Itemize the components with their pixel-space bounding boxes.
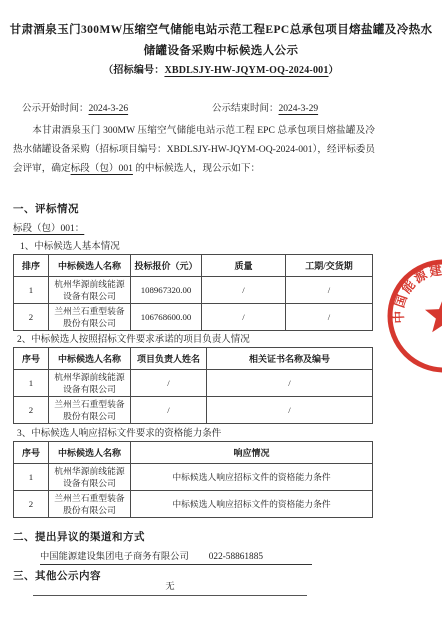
tender-number-line: （招标编号：XBDLSJY-HW-JQYM-OQ-2024-001）: [0, 61, 442, 76]
table1-row-2: 2 兰州兰石重型装备股份有限公司 106768600.00 / /: [14, 304, 373, 331]
objection-phone-number: 022-58861885: [209, 552, 263, 562]
document-title-line2: 储罐设备采购中标候选人公示: [0, 42, 442, 58]
table2-header-candidate: 中标候选人名称: [49, 348, 131, 370]
objection-contact-underline: 中国能源建设集团电子商务有限公司022-58861885: [40, 548, 312, 565]
company-seal: 中国能源建设集团: [374, 246, 442, 386]
other-content-value: 无: [33, 578, 307, 596]
table3-r1-response: 中标候选人响应招标文件的资格能力条件: [131, 464, 373, 491]
table2-caption: 2、中标候选人按照招标文件要求承诺的项目负责人情况: [17, 331, 250, 345]
table1-header-quality: 质量: [202, 255, 286, 277]
table2-header-manager: 项目负责人姓名: [131, 348, 207, 370]
table3-row-2: 2 兰州兰石重型装备股份有限公司 中标候选人响应招标文件的资格能力条件: [14, 491, 373, 518]
table1-header-price: 投标报价（元）: [131, 255, 202, 277]
table1-r1-delivery: /: [286, 277, 373, 304]
table3-header-response: 响应情况: [131, 442, 373, 464]
table1-r1-price: 108967320.00: [131, 277, 202, 304]
table2-header-no: 序号: [14, 348, 49, 370]
intro-lot-underlined: 标段（包）001: [71, 163, 133, 174]
publicity-end-date: 2024-3-29: [279, 104, 319, 114]
table3-header-candidate: 中标候选人名称: [49, 442, 131, 464]
table2-r1-certificate: /: [207, 370, 373, 397]
table1-row-1: 1 杭州华源前线能源设备有限公司 108967320.00 / /: [14, 277, 373, 304]
table3-r2-no: 2: [14, 491, 49, 518]
intro-paragraph: 本甘肃酒泉玉门 300MW 压缩空气储能电站示范工程 EPC 总承包项目熔盐罐及…: [13, 121, 375, 178]
table3-r2-candidate: 兰州兰石重型装备股份有限公司: [49, 491, 131, 518]
table2-r1-no: 1: [14, 370, 49, 397]
table2-r2-manager: /: [131, 397, 207, 424]
table3-qualification-response: 序号 中标候选人名称 响应情况 1 杭州华源前线能源设备有限公司 中标候选人响应…: [13, 441, 373, 518]
section1-lot-label: 标段（包）001：: [13, 220, 84, 234]
intro-text-2: 的中标候选人，现公示如下：: [133, 163, 260, 174]
table2-r2-candidate: 兰州兰石重型装备股份有限公司: [49, 397, 131, 424]
table1-r1-quality: /: [202, 277, 286, 304]
table2-r2-certificate: /: [207, 397, 373, 424]
section1-heading: 一、评标情况: [13, 201, 79, 216]
section2-heading: 二、提出异议的渠道和方式: [13, 529, 145, 544]
table3-r2-response: 中标候选人响应招标文件的资格能力条件: [131, 491, 373, 518]
table2-header-row: 序号 中标候选人名称 项目负责人姓名 相关证书名称及编号: [14, 348, 373, 370]
table1-header-rank: 排序: [14, 255, 49, 277]
seal-star-icon: [425, 296, 442, 332]
table1-caption: 1、中标候选人基本情况: [20, 238, 120, 252]
table2-project-managers: 序号 中标候选人名称 项目负责人姓名 相关证书名称及编号 1 杭州华源前线能源设…: [13, 347, 373, 424]
table1-r2-delivery: /: [286, 304, 373, 331]
objection-company-name: 中国能源建设集团电子商务有限公司: [40, 552, 189, 562]
table1-header-row: 排序 中标候选人名称 投标报价（元） 质量 工期/交货期: [14, 255, 373, 277]
table1-header-candidate: 中标候选人名称: [49, 255, 131, 277]
table3-r1-no: 1: [14, 464, 49, 491]
publicity-end-label: 公示结束时间：: [212, 104, 279, 114]
section1-lot-label-text: 标段（包）001：: [13, 224, 84, 234]
table2-r2-no: 2: [14, 397, 49, 424]
table1-candidates-basic: 排序 中标候选人名称 投标报价（元） 质量 工期/交货期 1 杭州华源前线能源设…: [13, 254, 373, 331]
table1-r2-quality: /: [202, 304, 286, 331]
objection-contact-line: 中国能源建设集团电子商务有限公司022-58861885: [40, 548, 312, 565]
publicity-start: 公示开始时间：2024-3-26: [22, 100, 128, 114]
publicity-end: 公示结束时间：2024-3-29: [212, 100, 318, 114]
tender-number-code: XBDLSJY-HW-JQYM-OQ-2024-001: [164, 65, 328, 76]
table1-r2-candidate: 兰州兰石重型装备股份有限公司: [49, 304, 131, 331]
table1-r2-price: 106768600.00: [131, 304, 202, 331]
tender-number-close: ）: [329, 65, 339, 76]
table2-row-2: 2 兰州兰石重型装备股份有限公司 / /: [14, 397, 373, 424]
table2-header-certificate: 相关证书名称及编号: [207, 348, 373, 370]
document-title-line1: 甘肃酒泉玉门300MW压缩空气储能电站示范工程EPC总承包项目熔盐罐及冷热水: [0, 21, 442, 37]
table3-header-row: 序号 中标候选人名称 响应情况: [14, 442, 373, 464]
table1-r1-candidate: 杭州华源前线能源设备有限公司: [49, 277, 131, 304]
table2-r1-candidate: 杭州华源前线能源设备有限公司: [49, 370, 131, 397]
table3-r1-candidate: 杭州华源前线能源设备有限公司: [49, 464, 131, 491]
tender-number-label: （招标编号：: [103, 65, 164, 76]
table3-caption: 3、中标候选人响应招标文件要求的资格能力条件: [17, 425, 221, 439]
document-page: 甘肃酒泉玉门300MW压缩空气储能电站示范工程EPC总承包项目熔盐罐及冷热水 储…: [0, 0, 442, 638]
publicity-start-date: 2024-3-26: [89, 104, 129, 114]
table1-header-delivery: 工期/交货期: [286, 255, 373, 277]
table3-row-1: 1 杭州华源前线能源设备有限公司 中标候选人响应招标文件的资格能力条件: [14, 464, 373, 491]
publicity-start-label: 公示开始时间：: [22, 104, 89, 114]
table3-header-no: 序号: [14, 442, 49, 464]
table2-row-1: 1 杭州华源前线能源设备有限公司 / /: [14, 370, 373, 397]
table2-r1-manager: /: [131, 370, 207, 397]
table1-r2-rank: 2: [14, 304, 49, 331]
table1-r1-rank: 1: [14, 277, 49, 304]
